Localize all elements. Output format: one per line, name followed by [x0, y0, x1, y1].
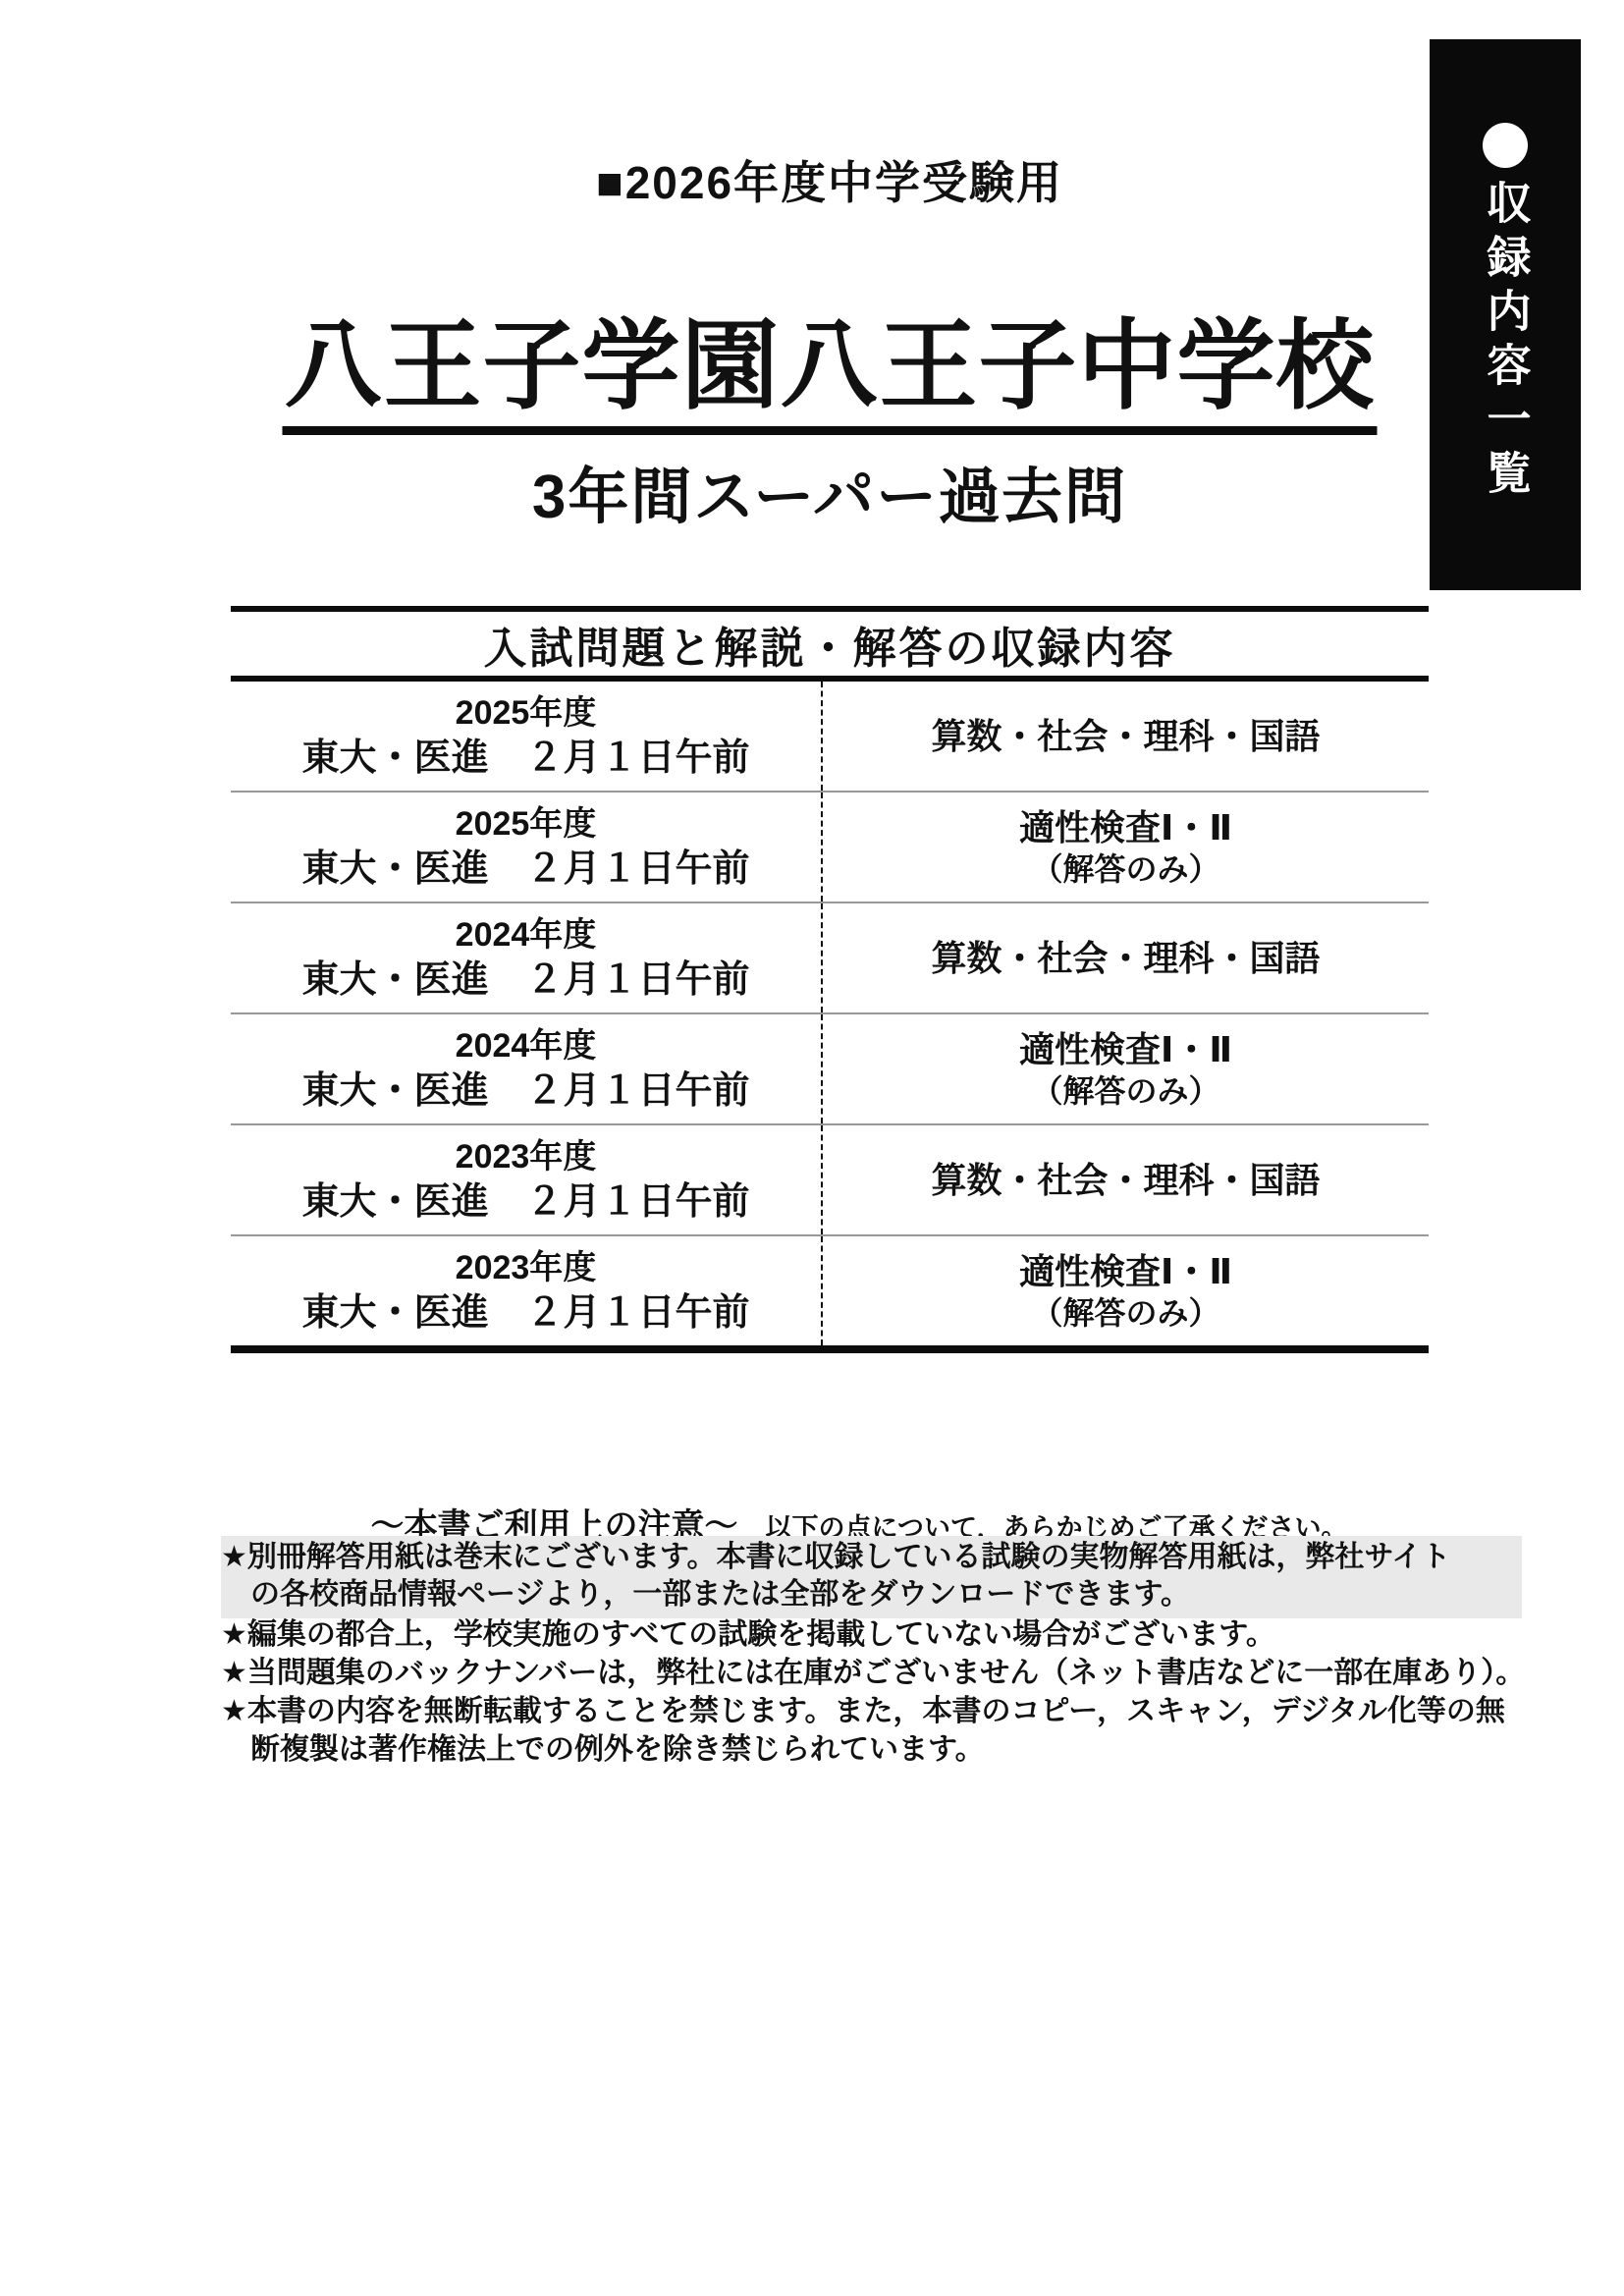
- subjects-text: 適性検査Ⅰ・Ⅱ: [1019, 1028, 1232, 1071]
- exam-year: 2024年度: [456, 913, 597, 957]
- exam-cell: 2023年度 東大・医進 ２月１日午前: [231, 1236, 821, 1345]
- exam-name: 東大・医進 ２月１日午前: [301, 957, 749, 1004]
- exam-cell: 2025年度 東大・医進 ２月１日午前: [231, 793, 821, 902]
- subjects-text: 算数・社会・理科・国語: [931, 715, 1320, 758]
- note-line: の各校商品情報ページより，一部または全部をダウンロードできます。: [221, 1576, 1522, 1613]
- exam-year: 2024年度: [456, 1024, 597, 1067]
- exam-name: 東大・医進 ２月１日午前: [301, 735, 749, 782]
- note-line: ★編集の都合上，学校実施のすべての試験を掲載していない場合がございます。: [221, 1615, 1527, 1654]
- school-title: 八王子学園八王子中学校: [231, 287, 1429, 428]
- table-row: 2024年度 東大・医進 ２月１日午前 算数・社会・理科・国語: [231, 902, 1429, 1012]
- exam-year: 2025年度: [456, 802, 597, 846]
- series-subtitle: 3年間スーパー過去問: [231, 448, 1429, 535]
- subjects-cell: 適性検査Ⅰ・Ⅱ （解答のみ）: [821, 793, 1429, 902]
- subjects-note: （解答のみ）: [1031, 849, 1219, 889]
- exam-cell: 2023年度 東大・医進 ２月１日午前: [231, 1125, 821, 1234]
- exam-cell: 2024年度 東大・医進 ２月１日午前: [231, 903, 821, 1012]
- note-line: ★別冊解答用紙は巻末にございます。本書に収録している試験の実物解答用紙は，弊社サ…: [221, 1539, 1522, 1576]
- exam-name: 東大・医進 ２月１日午前: [301, 1289, 749, 1337]
- table-row: 2024年度 東大・医進 ２月１日午前 適性検査Ⅰ・Ⅱ （解答のみ）: [231, 1012, 1429, 1123]
- subjects-note: （解答のみ）: [1031, 1071, 1219, 1111]
- book-cover-page: ■2026年度中学受験用 八王子学園八王子中学校 3年間スーパー過去問 収録内容…: [0, 0, 1624, 2296]
- subjects-text: 算数・社会・理科・国語: [931, 937, 1320, 980]
- subjects-note: （解答のみ）: [1031, 1293, 1219, 1333]
- contents-side-tab: 収録内容一覧: [1430, 39, 1581, 590]
- table-row: 2023年度 東大・医進 ２月１日午前 算数・社会・理科・国語: [231, 1123, 1429, 1234]
- exam-name: 東大・医進 ２月１日午前: [301, 1178, 749, 1226]
- subjects-cell: 算数・社会・理科・国語: [821, 682, 1429, 791]
- subjects-cell: 適性検査Ⅰ・Ⅱ （解答のみ）: [821, 1236, 1429, 1345]
- subjects-text: 算数・社会・理科・国語: [931, 1159, 1320, 1202]
- side-tab-label: 収録内容一覧: [1484, 180, 1528, 504]
- note-list: ★編集の都合上，学校実施のすべての試験を掲載していない場合がございます。 ★当問…: [221, 1615, 1527, 1769]
- exam-cell: 2025年度 東大・医進 ２月１日午前: [231, 682, 821, 791]
- subjects-cell: 適性検査Ⅰ・Ⅱ （解答のみ）: [821, 1014, 1429, 1123]
- subjects-cell: 算数・社会・理科・国語: [821, 903, 1429, 1012]
- exam-year: 2023年度: [456, 1246, 597, 1289]
- exam-cell: 2024年度 東大・医進 ２月１日午前: [231, 1014, 821, 1123]
- table-row: 2025年度 東大・医進 ２月１日午前 算数・社会・理科・国語: [231, 682, 1429, 791]
- highlighted-note: ★別冊解答用紙は巻末にございます。本書に収録している試験の実物解答用紙は，弊社サ…: [221, 1536, 1522, 1618]
- subjects-text: 適性検査Ⅰ・Ⅱ: [1019, 1250, 1232, 1293]
- contents-table-header: 入試問題と解説・解答の収録内容: [231, 612, 1429, 682]
- exam-year: 2023年度: [456, 1135, 597, 1178]
- note-line: ★当問題集のバックナンバーは，弊社には在庫がございません（ネット書店などに一部在…: [221, 1654, 1527, 1692]
- edition-label: ■2026年度中学受験用: [231, 147, 1429, 212]
- table-row: 2023年度 東大・医進 ２月１日午前 適性検査Ⅰ・Ⅱ （解答のみ）: [231, 1234, 1429, 1345]
- exam-name: 東大・医進 ２月１日午前: [301, 846, 749, 893]
- exam-name: 東大・医進 ２月１日午前: [301, 1067, 749, 1115]
- exam-year: 2025年度: [456, 691, 597, 735]
- contents-table: 入試問題と解説・解答の収録内容 2025年度 東大・医進 ２月１日午前 算数・社…: [231, 606, 1429, 1353]
- title-underline: [283, 426, 1378, 435]
- table-row: 2025年度 東大・医進 ２月１日午前 適性検査Ⅰ・Ⅱ （解答のみ）: [231, 791, 1429, 902]
- subjects-cell: 算数・社会・理科・国語: [821, 1125, 1429, 1234]
- note-line: 断複製は著作権法上での例外を除き禁じられています。: [221, 1730, 1527, 1769]
- filled-circle-icon: [1483, 123, 1528, 168]
- subjects-text: 適性検査Ⅰ・Ⅱ: [1019, 806, 1232, 849]
- note-line: ★本書の内容を無断転載することを禁じます。また，本書のコピー，スキャン，デジタル…: [221, 1692, 1527, 1730]
